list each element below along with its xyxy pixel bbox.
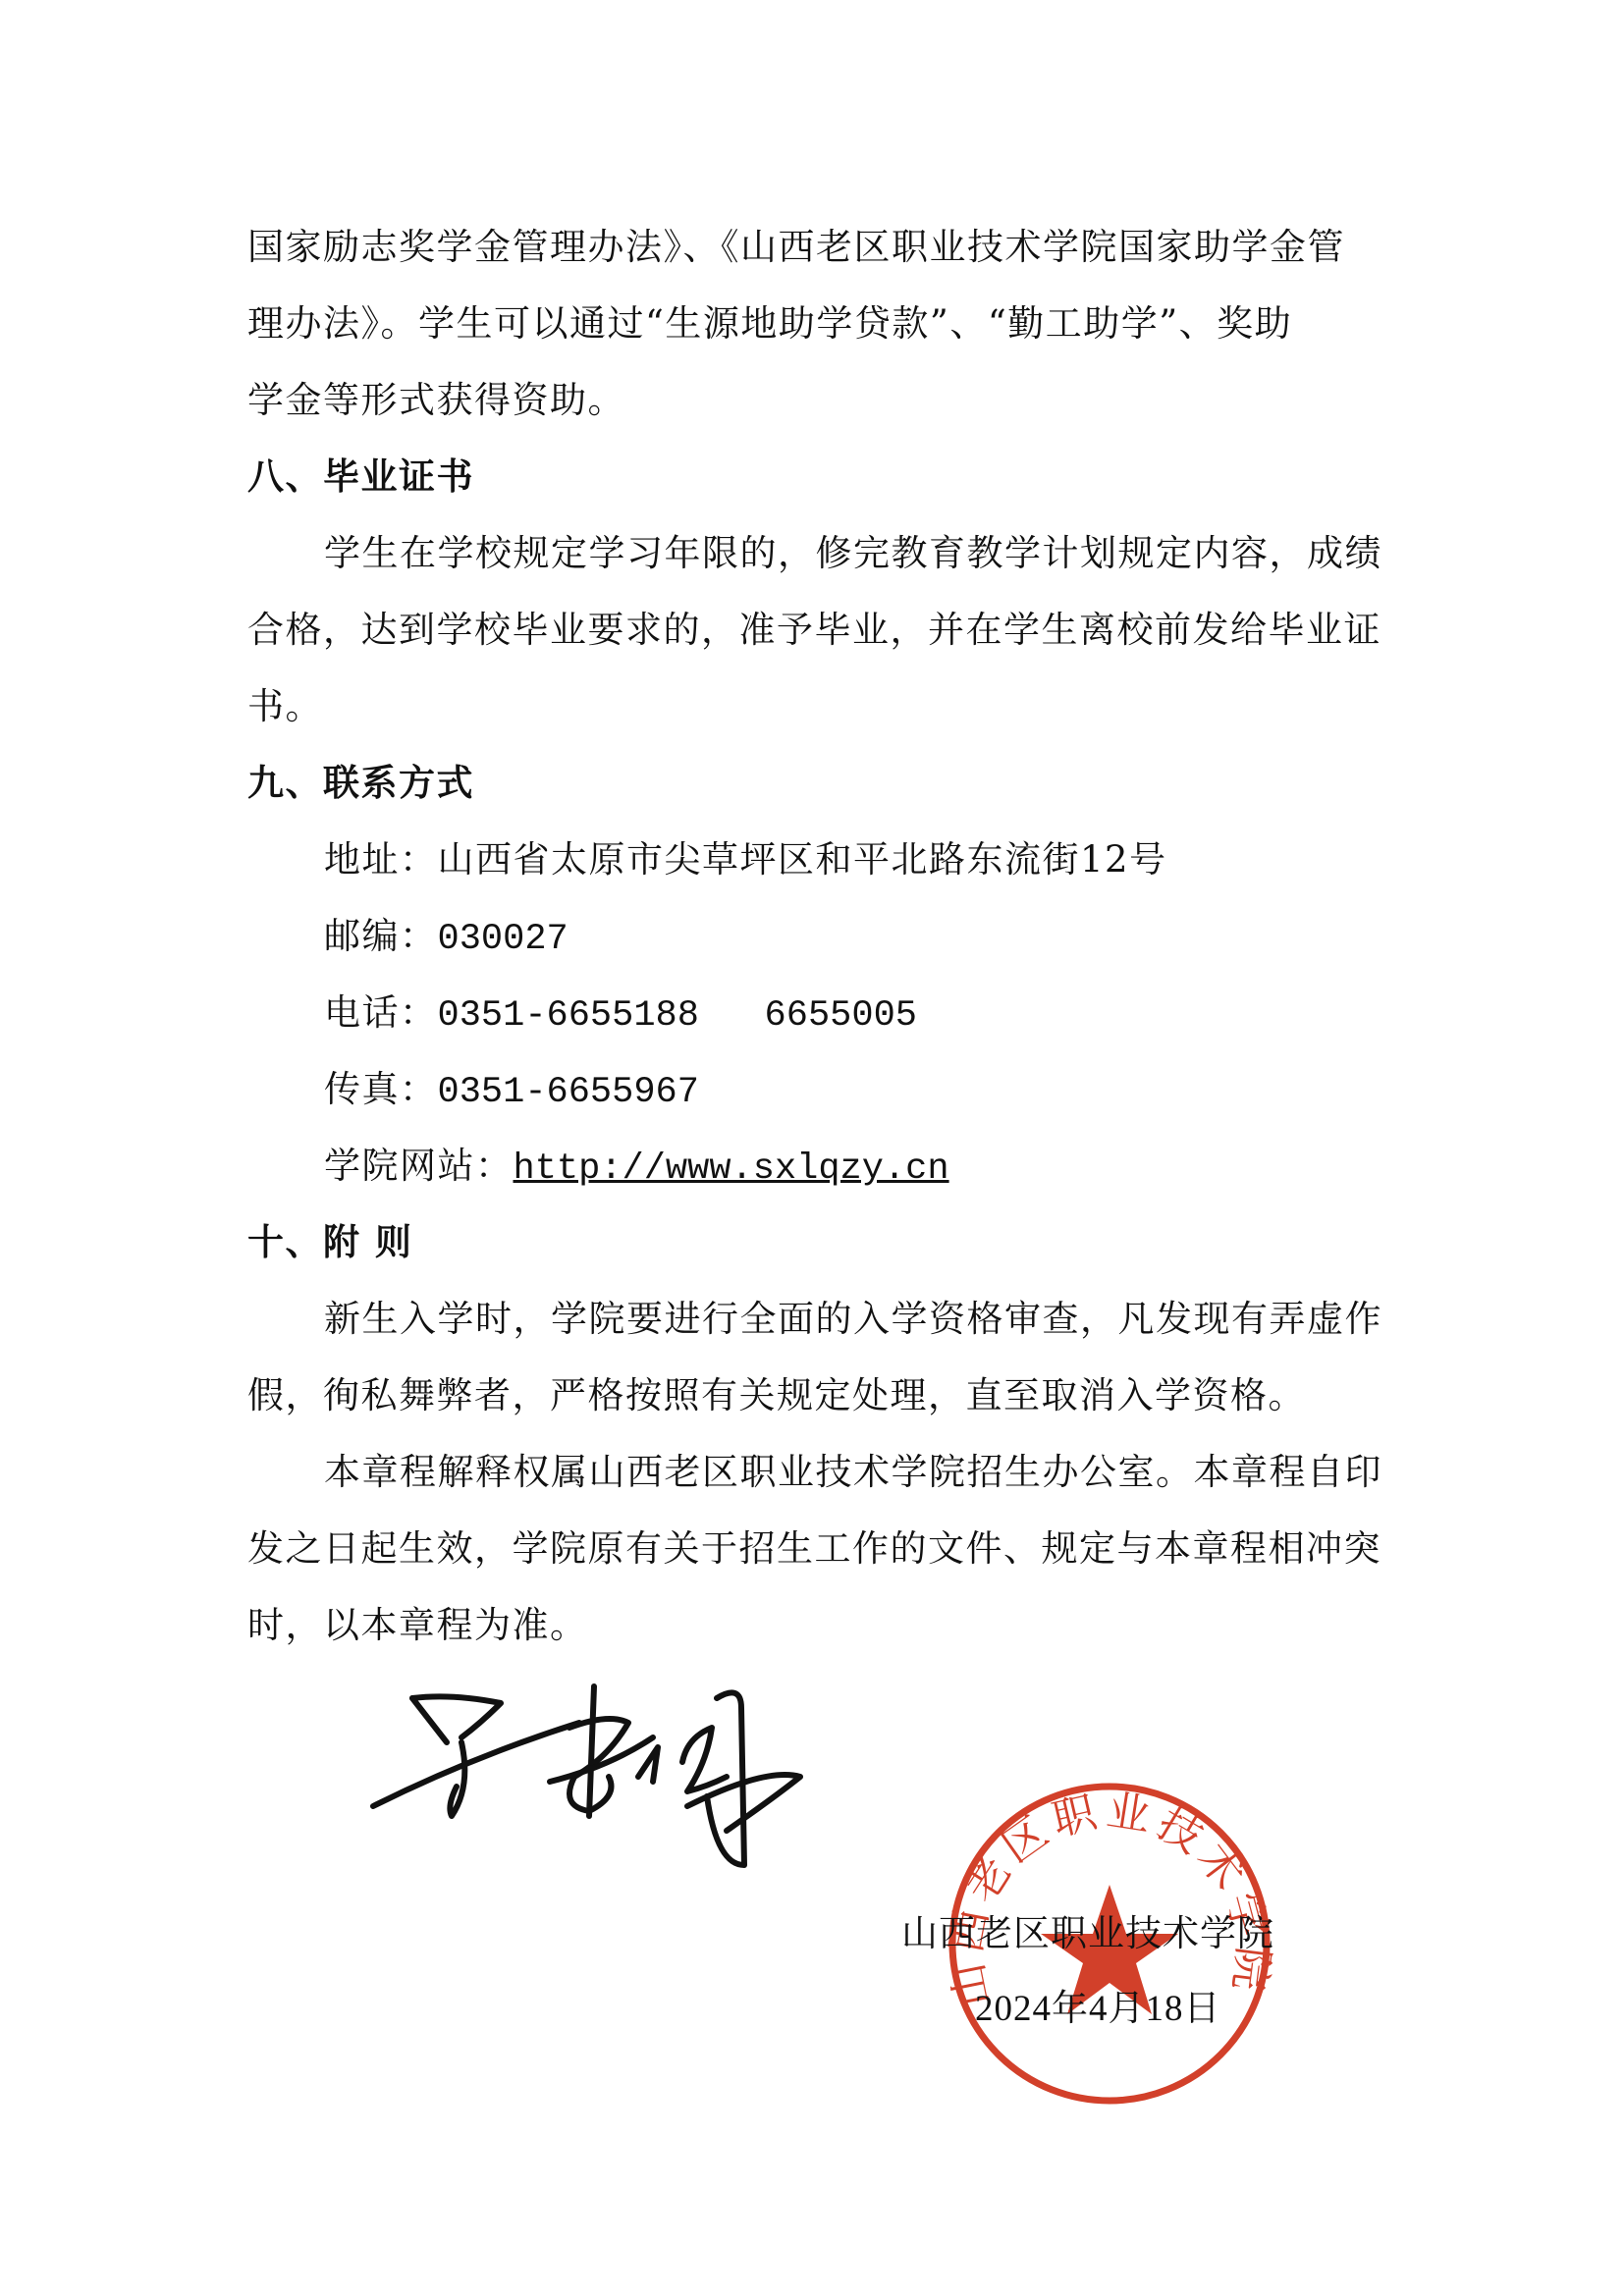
- contact-website: 学院网站：http://www.sxlqzy.cn: [324, 1141, 949, 1195]
- section-heading-supplementary: 十、附 则: [247, 1217, 412, 1268]
- fax-value: 0351-6655967: [438, 1072, 699, 1113]
- address-value: 山西省太原市尖草坪区和平北路东流街12号: [438, 838, 1167, 881]
- contact-address: 地址：山西省太原市尖草坪区和平北路东流街12号: [324, 834, 1167, 885]
- signoff-date: 2024年4月18日: [975, 1985, 1221, 2034]
- paragraph-line: 新生入学时，学院要进行全面的入学资格审查，凡发现有弄虚作: [324, 1294, 1382, 1345]
- section-heading-contact: 九、联系方式: [247, 758, 474, 809]
- signature-image: [353, 1669, 805, 1885]
- paragraph-line: 理办法》。学生可以通过“生源地助学贷款”、“勤工助学”、奖助: [247, 298, 1292, 349]
- website-link[interactable]: http://www.sxlqzy.cn: [514, 1148, 949, 1190]
- paragraph-line: 发之日起生效，学院原有关于招生工作的文件、规定与本章程相冲突: [247, 1523, 1381, 1575]
- paragraph-line: 学金等形式获得资助。: [247, 375, 625, 426]
- address-label: 地址：: [324, 838, 438, 881]
- paragraph-line: 国家励志奖学金管理办法》、《山西老区职业技术学院国家助学金管: [247, 222, 1345, 273]
- phone-value: 0351-6655188 6655005: [438, 995, 917, 1037]
- paragraph-line: 合格，达到学校毕业要求的，准予毕业，并在学生离校前发给毕业证: [247, 605, 1381, 656]
- postcode-label: 邮编：: [324, 915, 438, 957]
- signoff-institution: 山西老区职业技术学院: [901, 1910, 1274, 1959]
- contact-fax: 传真：0351-6655967: [324, 1064, 699, 1118]
- postcode-value: 030027: [438, 919, 568, 960]
- document-page: 国家励志奖学金管理办法》、《山西老区职业技术学院国家助学金管 理办法》。学生可以…: [0, 0, 1624, 2296]
- paragraph-line: 时，以本章程为准。: [247, 1600, 588, 1651]
- paragraph-line: 本章程解释权属山西老区职业技术学院招生办公室。本章程自印: [324, 1447, 1382, 1498]
- section-heading-graduation: 八、毕业证书: [247, 452, 474, 503]
- website-label: 学院网站：: [324, 1145, 514, 1187]
- contact-postcode: 邮编：030027: [324, 911, 568, 965]
- fax-label: 传真：: [324, 1068, 438, 1110]
- paragraph-line: 假，徇私舞弊者，严格按照有关规定处理，直至取消入学资格。: [247, 1370, 1306, 1421]
- paragraph-line: 学生在学校规定学习年限的，修完教育教学计划规定内容，成绩: [324, 528, 1382, 579]
- phone-label: 电话：: [324, 991, 438, 1034]
- paragraph-line: 书。: [247, 681, 323, 732]
- contact-phone: 电话：0351-6655188 6655005: [324, 988, 917, 1041]
